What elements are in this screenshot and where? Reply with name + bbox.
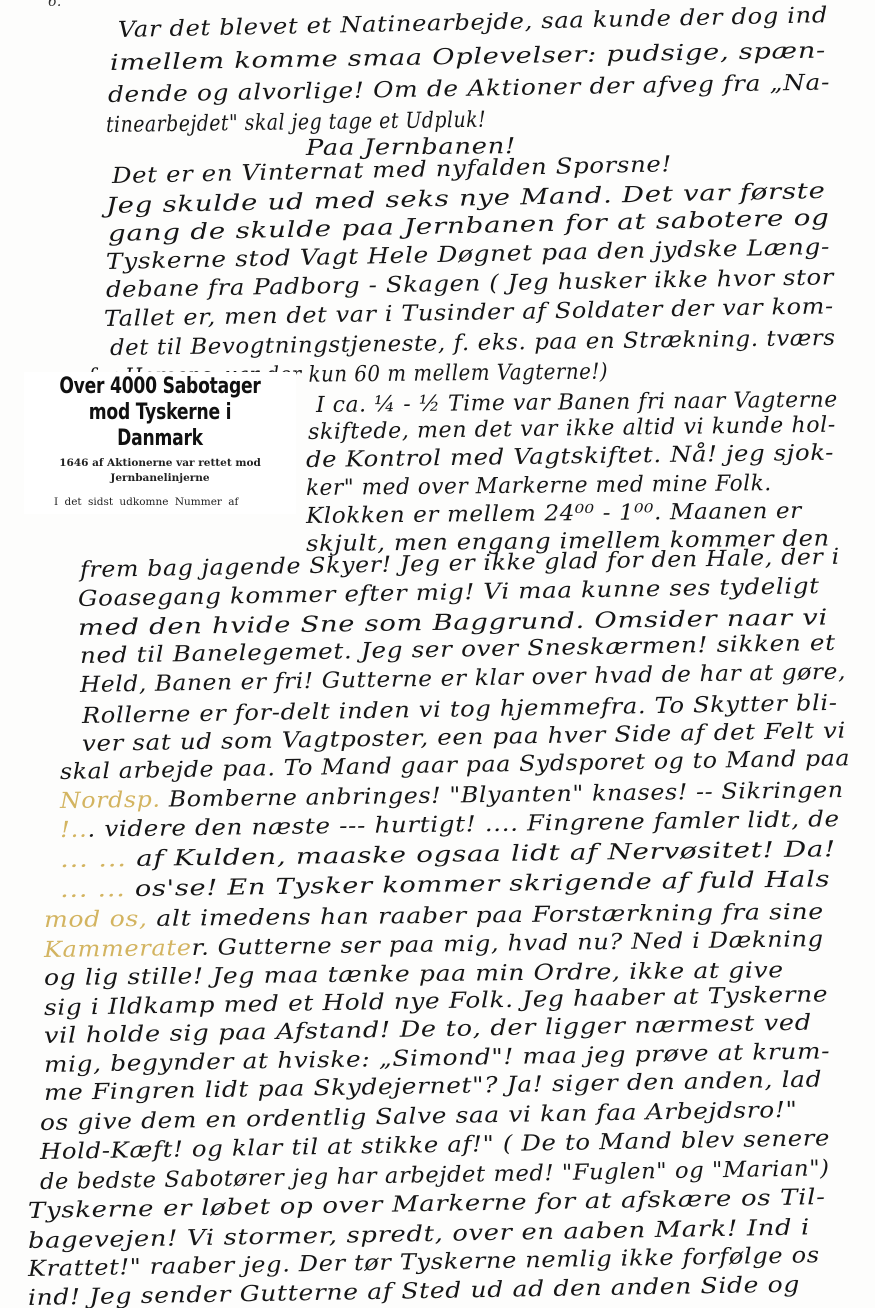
newspaper-clipping: Over 4000 Sabotager mod Tyskerne i Danma… [24, 372, 296, 514]
line-text: r. Gutterne ser paa mig, hvad nu? Ned i … [191, 927, 823, 961]
line-text: . videre den næste --- hurtigt! .... Fin… [87, 807, 840, 843]
handwritten-line: Tallet er, men det var i Tusinder af Sol… [104, 296, 834, 331]
handwritten-line: imellem komme smaa Oplevelser: pudsige, … [110, 41, 826, 75]
clipping-body: I det sidst udkomne Nummer af Salmonsens… [24, 486, 296, 514]
handwritten-line: Klokken er mellem 24⁰⁰ - 1⁰⁰. Maanen er [306, 501, 802, 528]
clipping-subheadline: 1646 af Aktionerne var rettet mod Jernba… [24, 456, 296, 486]
handwritten-line: Var det blevet et Natinearbejde, saa kun… [118, 5, 828, 42]
handwritten-line: det til Bevogtningstjeneste, f. eks. paa… [110, 328, 836, 360]
handwritten-line: dende og alvorlige! Om de Aktioner der a… [108, 72, 830, 107]
faded-ink: ... ... [60, 877, 135, 903]
faded-ink: Kammerate [44, 936, 192, 963]
clipping-body-line: Salmonsens Leksikon Tidsskrift, der [30, 511, 290, 514]
handwritten-line: Kammerater. Gutterne ser paa mig, hvad n… [44, 929, 824, 962]
clipping-headline: Over 4000 Sabotager mod Tyskerne i Danma… [54, 374, 266, 452]
handwritten-line: mod os, alt imedens han raaber paa Forst… [44, 902, 824, 932]
line-text: af Kulden, maaske ogsaa lidt af Nervøsit… [136, 837, 836, 872]
handwritten-line: ... ... af Kulden, maaske ogsaa lidt af … [60, 839, 836, 872]
handwritten-line: de Kontrol med Vagtskiftet. Nå! jeg sjok… [306, 443, 834, 472]
handwritten-line: Goasegang kommer efter mig! Vi maa kunne… [78, 576, 820, 611]
handwritten-line: tinearbejdet" skal jeg tage et Udpluk! [106, 110, 486, 137]
line-text: Bomberne anbringes! "Blyanten" knases! -… [160, 778, 843, 813]
clipping-body-line: I det sidst udkomne Nummer af [30, 494, 290, 511]
faded-ink: !.. [60, 818, 88, 843]
handwritten-line: ... ... os'se! En Tysker kommer skrigend… [60, 869, 831, 902]
faded-ink: ... ... [60, 847, 137, 873]
line-text: os'se! En Tysker kommer skrigende af ful… [135, 867, 831, 902]
faded-ink: mod os, [44, 907, 157, 933]
document-page: 6. Var det blevet et Natinearbejde, saa … [0, 0, 875, 1308]
faded-ink: Nordsp. [60, 788, 161, 814]
page-number: 6. [48, 0, 61, 10]
handwritten-line: ker" med over Markerne med mine Folk. [306, 473, 772, 500]
line-text: alt imedens han raaber paa Forstærkning … [156, 900, 824, 932]
handwritten-line: skiftede, men det var ikke altid vi kund… [308, 415, 836, 444]
handwritten-line: !... videre den næste --- hurtigt! .... … [60, 809, 840, 842]
